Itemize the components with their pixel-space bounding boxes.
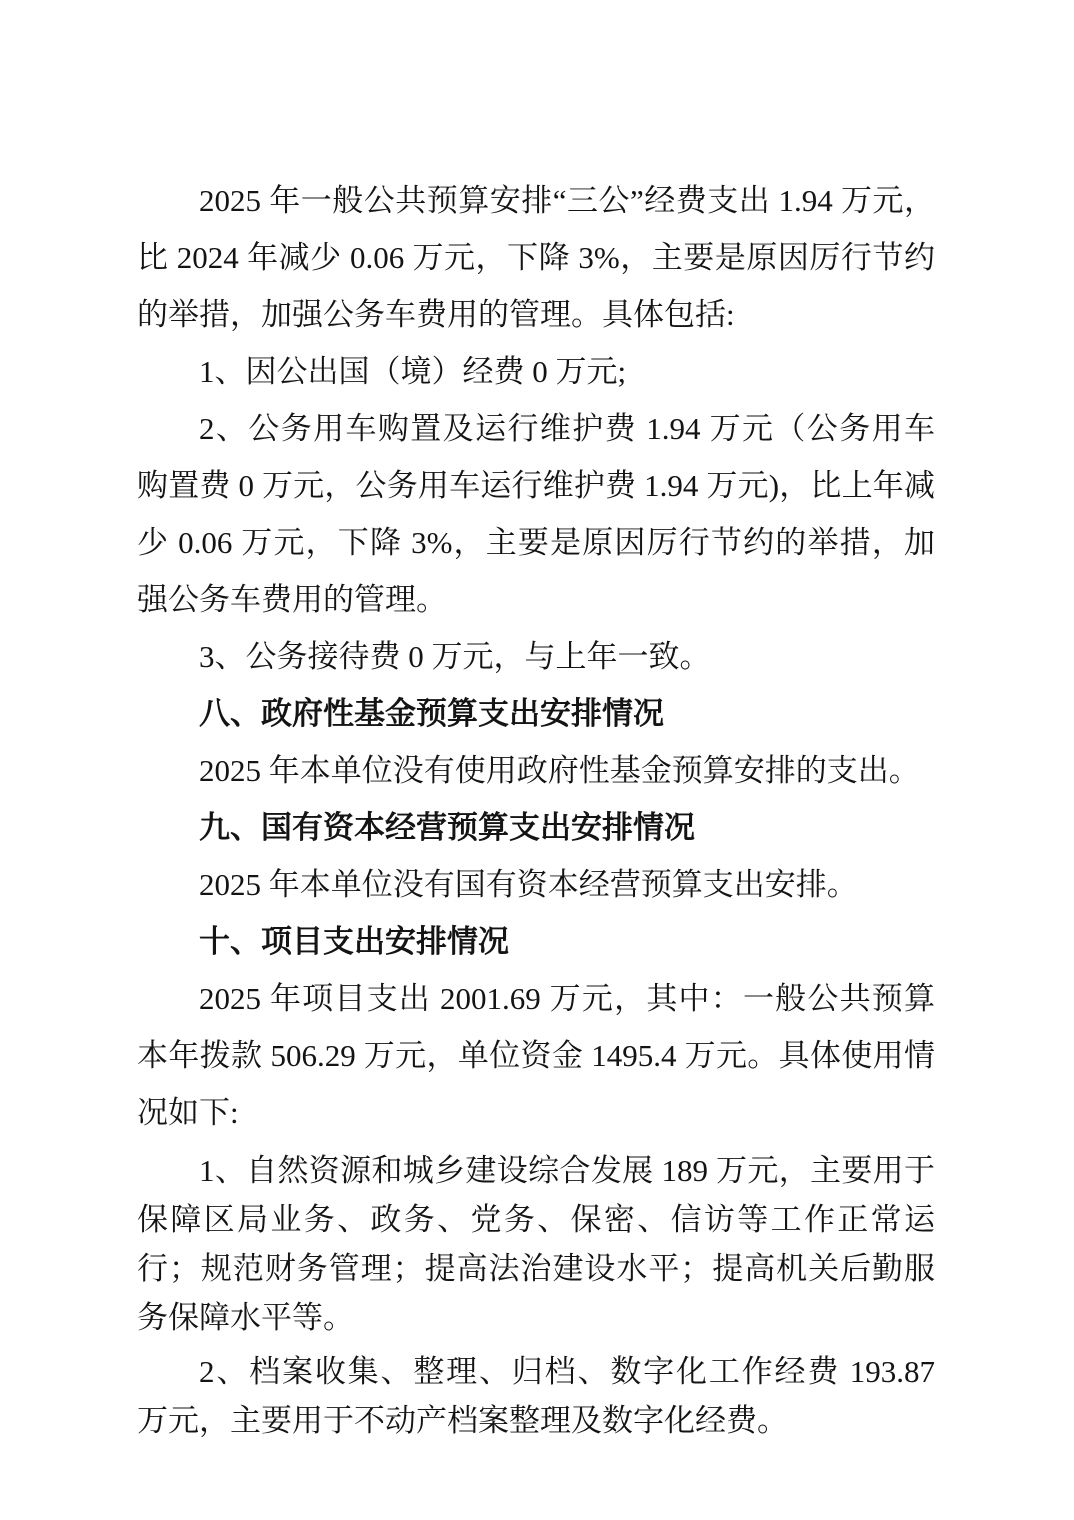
heading-section-nine-state-capital-budget: 九、国有资本经营预算支出安排情况 <box>137 799 935 856</box>
paragraph-project-item-natural-resources: 1、自然资源和城乡建设综合发展 189 万元，主要用于保障区局业务、政务、党务、… <box>137 1146 935 1342</box>
paragraph-state-capital-statement: 2025 年本单位没有国有资本经营预算支出安排。 <box>137 856 935 913</box>
paragraph-item-vehicle-expense: 2、公务用车购置及运行维护费 1.94 万元（公务用车购置费 0 万元，公务用车… <box>137 400 935 628</box>
document-page: 2025 年一般公共预算安排“三公”经费支出 1.94 万元，比 2024 年减… <box>0 0 1074 1520</box>
paragraph-government-fund-statement: 2025 年本单位没有使用政府性基金预算安排的支出。 <box>137 742 935 799</box>
paragraph-item-abroad-expense: 1、因公出国（境）经费 0 万元; <box>137 343 935 400</box>
paragraph-item-reception-expense: 3、公务接待费 0 万元，与上年一致。 <box>137 628 935 685</box>
paragraph-project-expenditure-overview: 2025 年项目支出 2001.69 万元，其中：一般公共预算本年拨款 506.… <box>137 970 935 1141</box>
paragraph-project-item-archives: 2、档案收集、整理、归档、数字化工作经费 193.87 万元，主要用于不动产档案… <box>137 1347 935 1445</box>
paragraph-three-public-overview: 2025 年一般公共预算安排“三公”经费支出 1.94 万元，比 2024 年减… <box>137 172 935 343</box>
heading-section-ten-project-expenditure: 十、项目支出安排情况 <box>137 913 935 970</box>
heading-section-eight-government-fund-budget: 八、政府性基金预算支出安排情况 <box>137 685 935 742</box>
